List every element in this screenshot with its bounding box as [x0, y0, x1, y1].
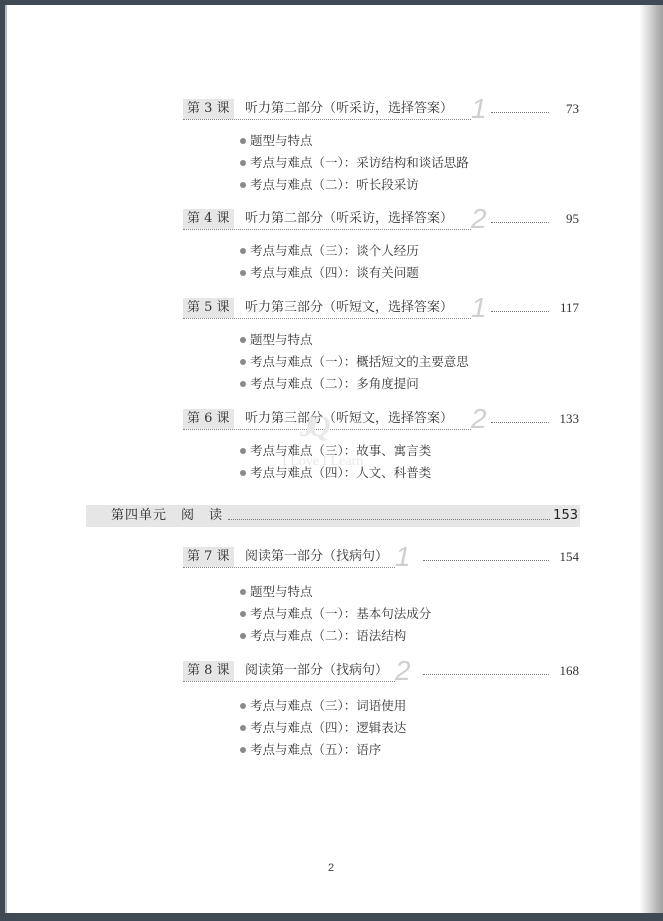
topic-item[interactable]: 考点与难点（三）：词语使用	[240, 695, 406, 717]
toc-entry-lesson-7[interactable]: 第 7 课 阅读第一部分（找病句） 1 154	[183, 547, 579, 569]
page-number: 117	[560, 298, 579, 318]
toc-entry-lesson-8[interactable]: 第 8 课 阅读第一部分（找病句） 2 168	[183, 661, 579, 683]
dot-leader	[228, 519, 550, 520]
topic-item[interactable]: 考点与难点（四）：人文、科普类	[240, 462, 431, 484]
bullet-icon	[240, 138, 246, 144]
page-number: 153	[553, 505, 578, 527]
topic-item[interactable]: 考点与难点（二）：多角度提问	[240, 373, 469, 395]
bullet-icon	[240, 448, 246, 454]
title-underline	[183, 318, 471, 319]
bullet-icon	[240, 589, 246, 595]
bullet-icon	[240, 160, 246, 166]
lesson-tag: 第 5 课	[183, 298, 234, 318]
lesson-3-topics: 题型与特点 考点与难点（一）：采访结构和谈话思路 考点与难点（二）：听长段采访	[240, 130, 469, 196]
page-number: 168	[560, 661, 580, 681]
toc-entry-unit-4[interactable]: 第四单元 阅 读 153	[86, 505, 580, 527]
dot-leader	[491, 222, 549, 223]
bullet-icon	[240, 633, 246, 639]
topic-item[interactable]: 考点与难点（三）：谈个人经历	[240, 240, 419, 262]
topic-item[interactable]: 题型与特点	[240, 130, 469, 152]
page-number: 73	[566, 99, 579, 119]
lesson-7-topics: 题型与特点 考点与难点（一）：基本句法成分 考点与难点（二）：语法结构	[240, 581, 431, 647]
page-number: 95	[566, 209, 579, 229]
dot-leader	[491, 112, 549, 113]
page-number: 154	[560, 547, 580, 567]
dot-leader	[423, 674, 549, 675]
bullet-icon	[240, 248, 246, 254]
bullet-icon	[240, 470, 246, 476]
topic-item[interactable]: 考点与难点（一）：概括短文的主要意思	[240, 351, 469, 373]
lesson-4-topics: 考点与难点（三）：谈个人经历 考点与难点（四）：谈有关问题	[240, 240, 419, 284]
topic-item[interactable]: 考点与难点（二）：听长段采访	[240, 174, 469, 196]
part-number: 2	[471, 403, 487, 435]
toc-entry-lesson-6[interactable]: 第 6 课 听力第三部分（听短文，选择答案） 2 133	[183, 409, 579, 431]
title-underline	[183, 681, 395, 682]
lesson-tag: 第 4 课	[183, 209, 234, 229]
dot-leader	[423, 560, 549, 561]
page-footer-number: 2	[328, 862, 334, 874]
part-number: 2	[471, 203, 487, 235]
lesson-title: 阅读第一部分（找病句）	[245, 661, 388, 681]
topic-item[interactable]: 考点与难点（二）：语法结构	[240, 625, 431, 647]
bullet-icon	[240, 725, 246, 731]
topic-item[interactable]: 题型与特点	[240, 581, 431, 603]
topic-item[interactable]: 题型与特点	[240, 329, 469, 351]
bullet-icon	[240, 381, 246, 387]
dot-leader	[491, 311, 549, 312]
lesson-6-topics: 考点与难点（三）：故事、寓言类 考点与难点（四）：人文、科普类	[240, 440, 431, 484]
bullet-icon	[240, 359, 246, 365]
toc-entry-lesson-5[interactable]: 第 5 课 听力第三部分（听短文，选择答案） 1 117	[183, 298, 579, 320]
page-number: 133	[560, 409, 580, 429]
topic-item[interactable]: 考点与难点（一）：采访结构和谈话思路	[240, 152, 469, 174]
lesson-tag: 第 6 课	[183, 409, 234, 429]
bullet-icon	[240, 611, 246, 617]
bullet-icon	[240, 270, 246, 276]
part-number: 1	[395, 541, 411, 573]
toc-entry-lesson-3[interactable]: 第 3 课 听力第二部分（听采访，选择答案） 1 73	[183, 99, 579, 121]
topic-item[interactable]: 考点与难点（三）：故事、寓言类	[240, 440, 431, 462]
part-number: 2	[395, 655, 411, 687]
part-number: 1	[471, 93, 487, 125]
topic-item[interactable]: 考点与难点（五）：语序	[240, 739, 406, 761]
title-underline	[183, 567, 395, 568]
part-number: 1	[471, 292, 487, 324]
lesson-tag: 第 8 课	[183, 661, 234, 681]
lesson-title: 听力第三部分（听短文，选择答案）	[245, 298, 453, 318]
dot-leader	[491, 422, 549, 423]
lesson-title: 听力第二部分（听采访，选择答案）	[245, 99, 453, 119]
lesson-title: 听力第二部分（听采访，选择答案）	[245, 209, 453, 229]
bullet-icon	[240, 747, 246, 753]
lesson-title: 听力第三部分（听短文，选择答案）	[245, 409, 453, 429]
topic-item[interactable]: 考点与难点（一）：基本句法成分	[240, 603, 431, 625]
lesson-5-topics: 题型与特点 考点与难点（一）：概括短文的主要意思 考点与难点（二）：多角度提问	[240, 329, 469, 395]
topic-item[interactable]: 考点与难点（四）：谈有关问题	[240, 262, 419, 284]
title-underline	[183, 119, 471, 120]
title-underline	[183, 229, 471, 230]
bullet-icon	[240, 182, 246, 188]
page-edge-shadow	[639, 5, 663, 913]
bullet-icon	[240, 337, 246, 343]
unit-title: 第四单元 阅 读	[111, 505, 223, 527]
topic-item[interactable]: 考点与难点（四）：逻辑表达	[240, 717, 406, 739]
bullet-icon	[240, 703, 246, 709]
title-underline	[183, 429, 471, 430]
lesson-title: 阅读第一部分（找病句）	[245, 547, 388, 567]
lesson-tag: 第 7 课	[183, 547, 234, 567]
toc-entry-lesson-4[interactable]: 第 4 课 听力第二部分（听采访，选择答案） 2 95	[183, 209, 579, 231]
lesson-tag: 第 3 课	[183, 99, 234, 119]
lesson-8-topics: 考点与难点（三）：词语使用 考点与难点（四）：逻辑表达 考点与难点（五）：语序	[240, 695, 406, 761]
